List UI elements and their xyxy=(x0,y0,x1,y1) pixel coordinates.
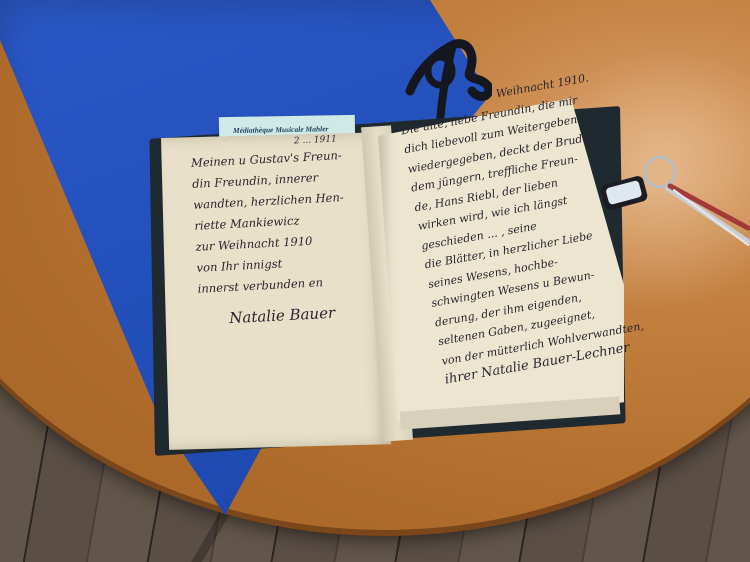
left-page-handwriting: 2 ... 1911 Meinen u Gustav's Freun- din … xyxy=(190,134,350,331)
keys-icon xyxy=(598,150,750,250)
photo-scene: Médiathèque Musicale Mahler 2 ... 1911 M… xyxy=(0,0,750,562)
